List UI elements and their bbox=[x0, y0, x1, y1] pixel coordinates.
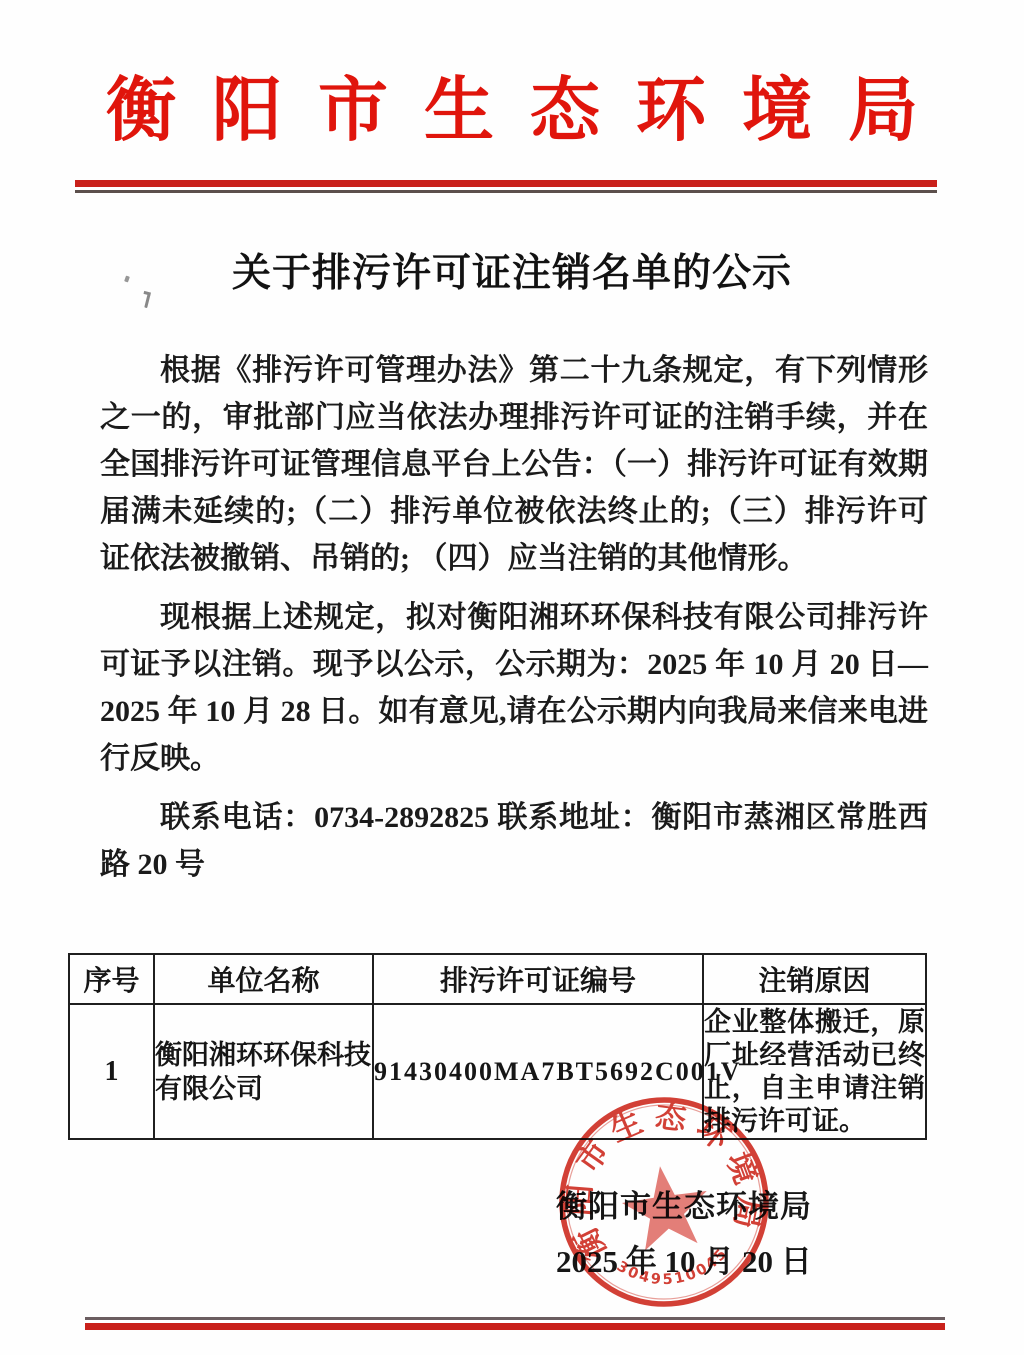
notice-body: 根据《排污许可管理办法》第二十九条规定，有下列情形之一的，审批部门应当依法办理排… bbox=[100, 347, 928, 888]
notice-title: 关于排污许可证注销名单的公示 bbox=[0, 242, 1024, 298]
paragraph-announcement: 现根据上述规定，拟对衡阳湘环环保科技有限公司排污许可证予以注销。现予以公示，公示… bbox=[100, 594, 928, 782]
cancellation-table: 序号 单位名称 排污许可证编号 注销原因 1 衡阳湘环环保科技有限公司 9143… bbox=[68, 953, 927, 1140]
paragraph-regulation: 根据《排污许可管理办法》第二十九条规定，有下列情形之一的，审批部门应当依法办理排… bbox=[100, 347, 928, 582]
table-header-row: 序号 单位名称 排污许可证编号 注销原因 bbox=[69, 954, 926, 1004]
agency-letterhead: 衡阳市生态环境局 bbox=[0, 66, 1024, 157]
cell-permit-no: 91430400MA7BT5692C001V bbox=[373, 1004, 703, 1139]
header-permit: 排污许可证编号 bbox=[373, 954, 703, 1004]
paragraph-contact: 联系电话：0734-2892825 联系地址：衡阳市蒸湘区常胜西路 20 号 bbox=[100, 794, 928, 888]
footer-rule-dark bbox=[85, 1317, 945, 1320]
letterhead-rule-red bbox=[75, 180, 937, 187]
header-reason: 注销原因 bbox=[703, 954, 926, 1004]
header-seq: 序号 bbox=[69, 954, 154, 1004]
cell-reason: 企业整体搬迁，原厂址经营活动已终止，自主申请注销排污许可证。 bbox=[703, 1004, 926, 1139]
cell-seq: 1 bbox=[69, 1004, 154, 1139]
letterhead-rule-dark bbox=[75, 190, 937, 193]
signature-agency: 衡阳市生态环境局 bbox=[556, 1181, 812, 1226]
header-company: 单位名称 bbox=[154, 954, 373, 1004]
document-page: 衡阳市生态环境局 关于排污许可证注销名单的公示 根据《排污许可管理办法》第二十九… bbox=[0, 0, 1024, 1355]
signature-date: 2025 年 10 月 20 日 bbox=[556, 1236, 812, 1281]
footer-rule-red bbox=[85, 1323, 945, 1330]
table-row: 1 衡阳湘环环保科技有限公司 91430400MA7BT5692C001V 企业… bbox=[69, 1004, 926, 1139]
cell-company: 衡阳湘环环保科技有限公司 bbox=[154, 1004, 373, 1139]
